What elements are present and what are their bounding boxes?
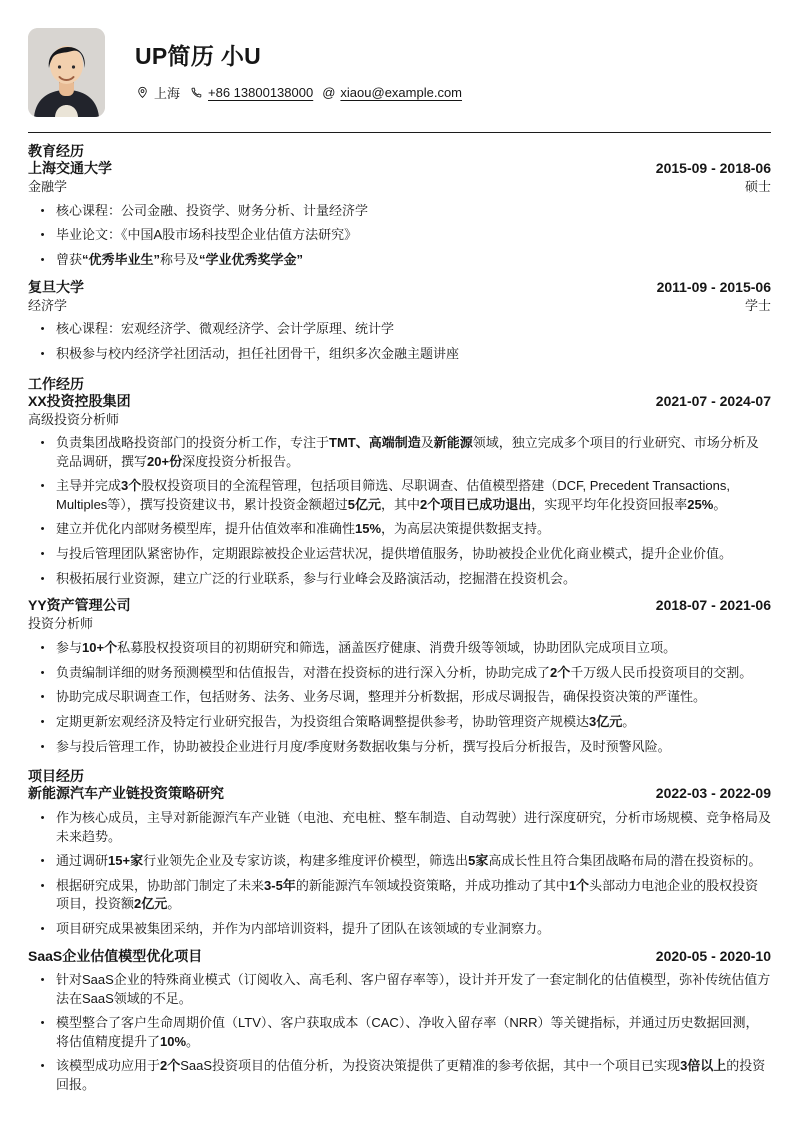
bullet-text: 毕业论文：《中国A股市场科技型企业估值方法研究》 bbox=[56, 226, 771, 245]
entry: 上海交通大学2015-09 - 2018-06金融学硕士•核心课程：公司金融、投… bbox=[28, 160, 771, 270]
entry-role: 金融学 bbox=[28, 179, 67, 196]
email-group: @ xiaou@example.com bbox=[322, 85, 462, 100]
bullet-list: •参与10+个私募股权投资项目的初期研究和筛选，涵盖医疗健康、消费升级等领域，协… bbox=[28, 639, 771, 756]
bullet-marker: • bbox=[38, 477, 47, 514]
bullet-text: 针对SaaS企业的特殊商业模式（订阅收入、高毛利、客户留存率等），设计并开发了一… bbox=[56, 971, 771, 1008]
entry-org: 上海交通大学 bbox=[28, 160, 112, 178]
bullet-text: 通过调研15+家行业领先企业及专家访谈，构建多维度评价模型，筛选出5家高成长性且… bbox=[56, 852, 771, 871]
bullet-marker: • bbox=[38, 688, 47, 707]
bullet-text: 积极拓展行业资源，建立广泛的行业联系，参与行业峰会及路演活动，挖掘潜在投资机会。 bbox=[56, 570, 771, 589]
resume-page: UP简历 小U 上海 +86 13800138000 @ xiaou@exa bbox=[0, 0, 799, 1130]
header-info: UP简历 小U 上海 +86 13800138000 @ xiaou@exa bbox=[135, 43, 462, 103]
profile-photo-illustration bbox=[28, 28, 105, 117]
section-title: 教育经历 bbox=[28, 142, 771, 160]
phone-link[interactable]: +86 13800138000 bbox=[208, 85, 313, 100]
bullet-text: 积极参与校内经济学社团活动，担任社团骨干，组织多次金融主题讲座 bbox=[56, 345, 771, 364]
bullet-marker: • bbox=[38, 713, 47, 732]
bullet-text: 曾获“优秀毕业生”称号及“学业优秀奖学金” bbox=[56, 251, 771, 270]
bullet-marker: • bbox=[38, 1057, 47, 1094]
bullet-item: •建立并优化内部财务模型库，提升估值效率和准确性15%，为高层决策提供数据支持。 bbox=[28, 520, 771, 539]
bullet-text: 根据研究成果，协助部门制定了未来3-5年的新能源汽车领域投资策略，并成功推动了其… bbox=[56, 877, 771, 914]
phone-icon bbox=[189, 86, 203, 100]
contact-row: 上海 +86 13800138000 @ xiaou@example.com bbox=[135, 83, 462, 102]
bullet-marker: • bbox=[38, 920, 47, 939]
bullet-item: •核心课程：宏观经济学、微观经济学、会计学原理、统计学 bbox=[28, 320, 771, 339]
bullet-list: •核心课程：宏观经济学、微观经济学、会计学原理、统计学•积极参与校内经济学社团活… bbox=[28, 320, 771, 363]
profile-photo bbox=[28, 28, 105, 117]
bullet-list: •负责集团战略投资部门的投资分析工作，专注于TMT、高端制造及新能源领域，独立完… bbox=[28, 434, 771, 588]
entry-subhead: 经济学学士 bbox=[28, 298, 771, 315]
bullet-item: •积极拓展行业资源，建立广泛的行业联系，参与行业峰会及路演活动，挖掘潜在投资机会… bbox=[28, 570, 771, 589]
bullet-item: •作为核心成员，主导对新能源汽车产业链（电池、充电桩、整车制造、自动驾驶）进行深… bbox=[28, 809, 771, 846]
bullet-text: 主导并完成3个股权投资项目的全流程管理，包括项目筛选、尽职调查、估值模型搭建（D… bbox=[56, 477, 771, 514]
bullet-list: •核心课程：公司金融、投资学、财务分析、计量经济学•毕业论文：《中国A股市场科技… bbox=[28, 202, 771, 270]
entry-subhead: 高级投资分析师 bbox=[28, 412, 771, 429]
bullet-item: •参与投后管理工作，协助被投企业进行月度/季度财务数据收集与分析，撰写投后分析报… bbox=[28, 738, 771, 757]
phone-group: +86 13800138000 bbox=[189, 85, 313, 100]
bullet-item: •负责集团战略投资部门的投资分析工作，专注于TMT、高端制造及新能源领域，独立完… bbox=[28, 434, 771, 471]
bullet-list: •作为核心成员，主导对新能源汽车产业链（电池、充电桩、整车制造、自动驾驶）进行深… bbox=[28, 809, 771, 938]
bullet-marker: • bbox=[38, 226, 47, 245]
bullet-marker: • bbox=[38, 251, 47, 270]
bullet-marker: • bbox=[38, 1014, 47, 1051]
entry-subhead: 金融学硕士 bbox=[28, 179, 771, 196]
bullet-text: 核心课程：宏观经济学、微观经济学、会计学原理、统计学 bbox=[56, 320, 771, 339]
bullet-text: 项目研究成果被集团采纳，并作为内部培训资料，提升了团队在该领域的专业洞察力。 bbox=[56, 920, 771, 939]
section-work: 工作经历XX投资控股集团2021-07 - 2024-07高级投资分析师•负责集… bbox=[28, 375, 771, 757]
bullet-item: •与投后管理团队紧密协作，定期跟踪被投企业运营状况，提供增值服务，协助被投企业优… bbox=[28, 545, 771, 564]
bullet-text: 参与投后管理工作，协助被投企业进行月度/季度财务数据收集与分析，撰写投后分析报告… bbox=[56, 738, 771, 757]
entry-org: 新能源汽车产业链投资策略研究 bbox=[28, 785, 224, 803]
bullet-item: •该模型成功应用于2个SaaS投资项目的估值分析，为投资决策提供了更精准的参考依… bbox=[28, 1057, 771, 1094]
bullet-item: •模型整合了客户生命周期价值（LTV）、客户获取成本（CAC）、净收入留存率（N… bbox=[28, 1014, 771, 1051]
bullet-marker: • bbox=[38, 570, 47, 589]
bullet-marker: • bbox=[38, 345, 47, 364]
bullet-marker: • bbox=[38, 639, 47, 658]
bullet-marker: • bbox=[38, 664, 47, 683]
bullet-item: •通过调研15+家行业领先企业及专家访谈，构建多维度评价模型，筛选出5家高成长性… bbox=[28, 852, 771, 871]
entry: 新能源汽车产业链投资策略研究2022-03 - 2022-09•作为核心成员，主… bbox=[28, 785, 771, 938]
bullet-marker: • bbox=[38, 738, 47, 757]
section-education: 教育经历上海交通大学2015-09 - 2018-06金融学硕士•核心课程：公司… bbox=[28, 142, 771, 364]
bullet-marker: • bbox=[38, 877, 47, 914]
bullet-item: •参与10+个私募股权投资项目的初期研究和筛选，涵盖医疗健康、消费升级等领域，协… bbox=[28, 639, 771, 658]
bullet-marker: • bbox=[38, 434, 47, 471]
section-title: 工作经历 bbox=[28, 375, 771, 393]
entry-head: 新能源汽车产业链投资策略研究2022-03 - 2022-09 bbox=[28, 785, 771, 803]
entry-head: SaaS企业估值模型优化项目2020-05 - 2020-10 bbox=[28, 948, 771, 966]
bullet-item: •根据研究成果，协助部门制定了未来3-5年的新能源汽车领域投资策略，并成功推动了… bbox=[28, 877, 771, 914]
bullet-marker: • bbox=[38, 320, 47, 339]
bullet-text: 该模型成功应用于2个SaaS投资项目的估值分析，为投资决策提供了更精准的参考依据… bbox=[56, 1057, 771, 1094]
entry-org: YY资产管理公司 bbox=[28, 597, 131, 615]
entry-org: SaaS企业估值模型优化项目 bbox=[28, 948, 202, 966]
bullet-text: 核心课程：公司金融、投资学、财务分析、计量经济学 bbox=[56, 202, 771, 221]
section-projects: 项目经历新能源汽车产业链投资策略研究2022-03 - 2022-09•作为核心… bbox=[28, 767, 771, 1094]
bullet-text: 模型整合了客户生命周期价值（LTV）、客户获取成本（CAC）、净收入留存率（NR… bbox=[56, 1014, 771, 1051]
bullet-item: •毕业论文：《中国A股市场科技型企业估值方法研究》 bbox=[28, 226, 771, 245]
entry-head: XX投资控股集团2021-07 - 2024-07 bbox=[28, 393, 771, 411]
bullet-item: •曾获“优秀毕业生”称号及“学业优秀奖学金” bbox=[28, 251, 771, 270]
entry-date: 2018-07 - 2021-06 bbox=[656, 597, 771, 615]
entry: SaaS企业估值模型优化项目2020-05 - 2020-10•针对SaaS企业… bbox=[28, 948, 771, 1095]
entry-date: 2022-03 - 2022-09 bbox=[656, 785, 771, 803]
bullet-marker: • bbox=[38, 520, 47, 539]
email-link[interactable]: xiaou@example.com bbox=[340, 85, 462, 100]
bullet-text: 参与10+个私募股权投资项目的初期研究和筛选，涵盖医疗健康、消费升级等领域，协助… bbox=[56, 639, 771, 658]
bullet-text: 负责编制详细的财务预测模型和估值报告，对潜在投资标的进行深入分析，协助完成了2个… bbox=[56, 664, 771, 683]
entry-degree: 学士 bbox=[745, 298, 771, 315]
entry-role: 经济学 bbox=[28, 298, 67, 315]
bullet-text: 负责集团战略投资部门的投资分析工作，专注于TMT、高端制造及新能源领域，独立完成… bbox=[56, 434, 771, 471]
bullet-text: 与投后管理团队紧密协作，定期跟踪被投企业运营状况，提供增值服务，协助被投企业优化… bbox=[56, 545, 771, 564]
bullet-item: •项目研究成果被集团采纳，并作为内部培训资料，提升了团队在该领域的专业洞察力。 bbox=[28, 920, 771, 939]
bullet-marker: • bbox=[38, 852, 47, 871]
entry: 复旦大学2011-09 - 2015-06经济学学士•核心课程：宏观经济学、微观… bbox=[28, 279, 771, 364]
bullet-item: •定期更新宏观经济及特定行业研究报告，为投资组合策略调整提供参考，协助管理资产规… bbox=[28, 713, 771, 732]
bullet-item: •协助完成尽职调查工作，包括财务、法务、业务尽调，整理并分析数据，形成尽调报告，… bbox=[28, 688, 771, 707]
entry-role: 高级投资分析师 bbox=[28, 412, 119, 429]
section-title: 项目经历 bbox=[28, 767, 771, 785]
location-text: 上海 bbox=[154, 83, 180, 102]
bullet-text: 定期更新宏观经济及特定行业研究报告，为投资组合策略调整提供参考，协助管理资产规模… bbox=[56, 713, 771, 732]
bullet-item: •针对SaaS企业的特殊商业模式（订阅收入、高毛利、客户留存率等），设计并开发了… bbox=[28, 971, 771, 1008]
header-divider bbox=[28, 132, 771, 133]
entry-subhead: 投资分析师 bbox=[28, 616, 771, 633]
bullet-text: 建立并优化内部财务模型库，提升估值效率和准确性15%，为高层决策提供数据支持。 bbox=[56, 520, 771, 539]
bullet-item: •核心课程：公司金融、投资学、财务分析、计量经济学 bbox=[28, 202, 771, 221]
entry-role: 投资分析师 bbox=[28, 616, 93, 633]
bullet-marker: • bbox=[38, 809, 47, 846]
entry-date: 2021-07 - 2024-07 bbox=[656, 393, 771, 411]
entry-date: 2011-09 - 2015-06 bbox=[657, 279, 771, 297]
bullet-marker: • bbox=[38, 202, 47, 221]
entry-org: 复旦大学 bbox=[28, 279, 84, 297]
at-icon: @ bbox=[322, 85, 335, 100]
candidate-name: UP简历 小U bbox=[135, 43, 462, 71]
location-pin-icon bbox=[135, 86, 149, 100]
entry-head: 上海交通大学2015-09 - 2018-06 bbox=[28, 160, 771, 178]
bullet-item: •主导并完成3个股权投资项目的全流程管理，包括项目筛选、尽职调查、估值模型搭建（… bbox=[28, 477, 771, 514]
bullet-marker: • bbox=[38, 971, 47, 1008]
entry-degree: 硕士 bbox=[745, 179, 771, 196]
location-group: 上海 bbox=[135, 83, 180, 102]
resume-body: 教育经历上海交通大学2015-09 - 2018-06金融学硕士•核心课程：公司… bbox=[28, 142, 771, 1094]
bullet-text: 作为核心成员，主导对新能源汽车产业链（电池、充电桩、整车制造、自动驾驶）进行深度… bbox=[56, 809, 771, 846]
resume-header: UP简历 小U 上海 +86 13800138000 @ xiaou@exa bbox=[28, 28, 771, 117]
bullet-list: •针对SaaS企业的特殊商业模式（订阅收入、高毛利、客户留存率等），设计并开发了… bbox=[28, 971, 771, 1094]
entry-head: YY资产管理公司2018-07 - 2021-06 bbox=[28, 597, 771, 615]
entry-date: 2015-09 - 2018-06 bbox=[656, 160, 771, 178]
bullet-item: •负责编制详细的财务预测模型和估值报告，对潜在投资标的进行深入分析，协助完成了2… bbox=[28, 664, 771, 683]
bullet-item: •积极参与校内经济学社团活动，担任社团骨干，组织多次金融主题讲座 bbox=[28, 345, 771, 364]
bullet-text: 协助完成尽职调查工作，包括财务、法务、业务尽调，整理并分析数据，形成尽调报告，确… bbox=[56, 688, 771, 707]
entry: XX投资控股集团2021-07 - 2024-07高级投资分析师•负责集团战略投… bbox=[28, 393, 771, 588]
entry-head: 复旦大学2011-09 - 2015-06 bbox=[28, 279, 771, 297]
entry-date: 2020-05 - 2020-10 bbox=[656, 948, 771, 966]
entry: YY资产管理公司2018-07 - 2021-06投资分析师•参与10+个私募股… bbox=[28, 597, 771, 756]
entry-org: XX投资控股集团 bbox=[28, 393, 131, 411]
bullet-marker: • bbox=[38, 545, 47, 564]
